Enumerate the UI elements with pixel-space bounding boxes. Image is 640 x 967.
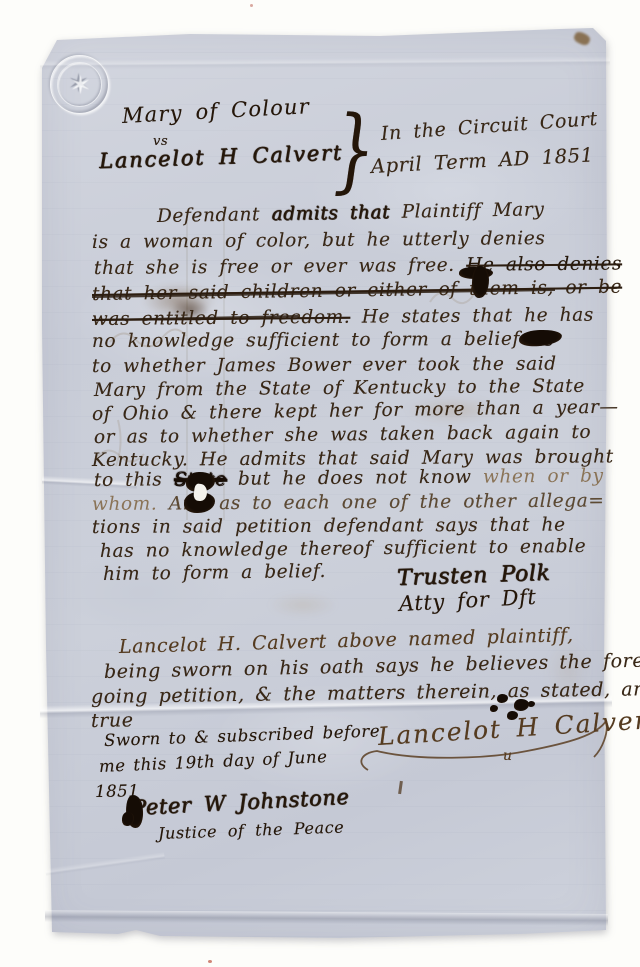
body-line: was entitled to freedom. He states that … (92, 305, 594, 330)
body-text: Defendant (157, 204, 272, 227)
defendant-signature-letter: u (503, 748, 513, 764)
caption-brace: } (333, 96, 375, 203)
affidavit-line: true (91, 709, 134, 732)
dust-speck (208, 960, 212, 963)
body-line: him to form a belief. (103, 561, 326, 585)
seal-star-icon: ✶ (51, 56, 108, 113)
dust-speck (250, 4, 253, 7)
body-text: no knowledge sufficient to form a belief (92, 329, 532, 352)
body-line: whom. And as to each one of the other al… (92, 490, 605, 515)
paper-stain (268, 594, 338, 616)
body-line: is a woman of color, but he utterly deni… (92, 228, 546, 253)
body-text: to this (94, 469, 174, 491)
body-text: Plaintiff Mary (390, 199, 545, 223)
body-line: tions in said petition defendant says th… (92, 515, 566, 538)
body-text-struck: was entitled to freedom. (92, 307, 351, 330)
body-text: And as to each one of the other allega= (169, 490, 605, 514)
body-line: no knowledge sufficient to form a belief… (92, 329, 553, 352)
body-text-faded: when or by (483, 466, 604, 488)
body-text-overwritten: admits that (271, 202, 390, 225)
body-line: to whether James Bower ever took the sai… (92, 354, 557, 377)
body-line: to this State but he does not know when … (94, 466, 604, 491)
body-text: but he does not know (226, 467, 483, 490)
scanned-document-page: ✶ Mary of Colour vs Lancelot H Calvert }… (0, 0, 640, 967)
body-text-faded: whom. (92, 493, 169, 515)
embossed-seal: ✶ (50, 55, 109, 114)
body-text: He states that he has (350, 305, 594, 328)
body-text: that she is free or ever was free. (94, 255, 466, 279)
